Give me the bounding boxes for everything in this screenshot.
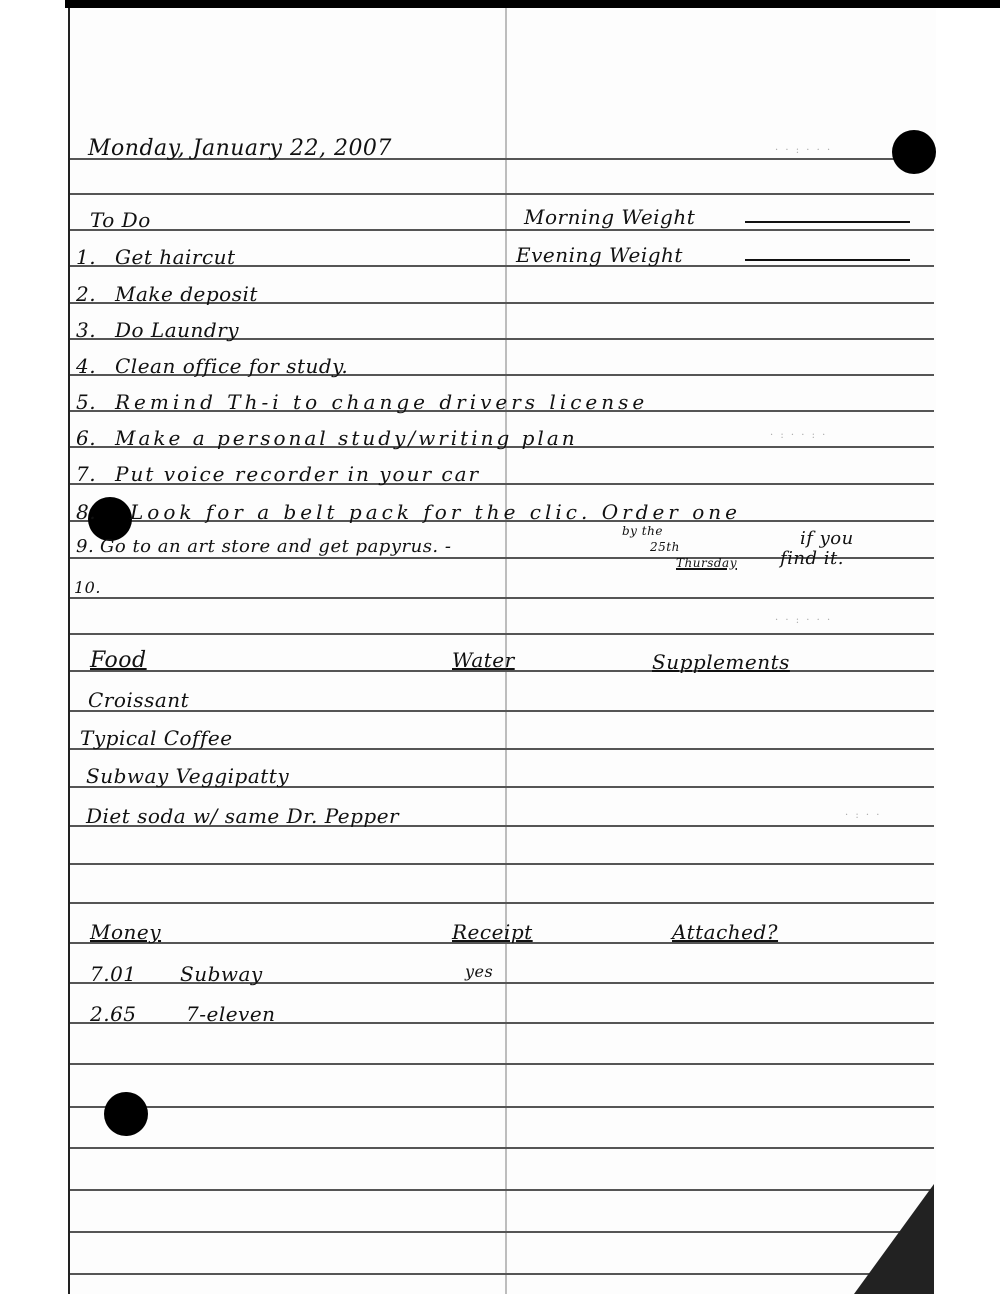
todo-item-number: 6.	[76, 426, 96, 450]
annotation-day: Thursday	[676, 556, 737, 570]
ruled-line	[70, 193, 934, 195]
todo-item-number: 3.	[76, 318, 96, 342]
money-amount: 7.01	[90, 962, 137, 986]
todo-item-number: 4.	[76, 354, 96, 378]
morning-weight-blank	[745, 221, 910, 223]
todo-heading: To Do	[90, 208, 151, 232]
supplements-header: Supplements	[652, 650, 790, 674]
scan-smudge: · · : · · ·	[775, 145, 832, 156]
evening-weight-label: Evening Weight	[516, 243, 683, 267]
morning-weight-label: Morning Weight	[524, 205, 695, 229]
scan-top-edge	[65, 0, 1000, 8]
ruled-line	[70, 710, 934, 712]
todo-item-number: 8.	[76, 500, 96, 524]
binder-hole	[892, 130, 936, 174]
annotation-by-the: by the	[622, 524, 663, 538]
receipt-header: Receipt	[452, 920, 533, 944]
todo-item-text: Remind Th-i to change drivers license	[115, 390, 648, 414]
ruled-line	[70, 1189, 934, 1191]
money-vendor: Subway	[180, 962, 263, 986]
todo-item-text: Get haircut	[115, 245, 236, 269]
food-item: Diet soda w/ same Dr. Pepper	[86, 804, 399, 828]
todo-item-text: Put voice recorder in your car	[115, 462, 480, 486]
ruled-line	[70, 863, 934, 865]
todo-item-number: 1.	[76, 245, 96, 269]
ruled-line	[70, 1106, 934, 1108]
scan-smudge: · : · ·	[845, 810, 881, 821]
ruled-line	[70, 229, 934, 231]
food-item: Typical Coffee	[80, 726, 233, 750]
todo-item-text: Do Laundry	[115, 318, 239, 342]
scan-corner-shadow	[854, 1184, 934, 1294]
food-header: Food	[90, 648, 147, 673]
todo-item-text: Make deposit	[115, 282, 258, 306]
todo-item-text: Look for a belt pack for the clic. Order…	[130, 500, 741, 524]
ruled-line	[70, 633, 934, 635]
attached-header: Attached?	[672, 920, 778, 944]
ruled-line	[70, 1273, 934, 1275]
todo-item-text: Make a personal study/writing plan	[115, 426, 578, 450]
annotation-if-you: if you	[800, 528, 854, 549]
money-vendor: 7-eleven	[186, 1002, 276, 1026]
ruled-line	[70, 1231, 934, 1233]
ruled-line	[70, 1147, 934, 1149]
money-amount: 2.65	[90, 1002, 137, 1026]
evening-weight-blank	[745, 259, 910, 261]
todo-item-number: 9.	[76, 536, 94, 557]
todo-item-number: 5.	[76, 390, 96, 414]
ruled-line	[70, 1063, 934, 1065]
annotation-date: 25th	[650, 540, 680, 554]
page-date: Monday, January 22, 2007	[88, 136, 392, 161]
todo-item-number: 10.	[74, 578, 101, 597]
scan-smudge: · : · · : ·	[770, 430, 827, 441]
money-receipt: yes	[465, 962, 493, 981]
scan-smudge: · · : · · ·	[775, 615, 832, 626]
ruled-line	[70, 597, 934, 599]
todo-item-number: 2.	[76, 282, 96, 306]
todo-item-text: Go to an art store and get papyrus. -	[100, 536, 451, 557]
food-item: Croissant	[88, 688, 189, 712]
food-item: Subway Veggipatty	[86, 764, 289, 788]
todo-item-text: Clean office for study.	[115, 354, 348, 378]
ruled-line	[70, 902, 934, 904]
binder-hole	[104, 1092, 148, 1136]
water-header: Water	[452, 648, 515, 672]
todo-item-number: 7.	[76, 462, 96, 486]
annotation-find-it: find it.	[780, 548, 844, 569]
money-header: Money	[90, 920, 161, 944]
